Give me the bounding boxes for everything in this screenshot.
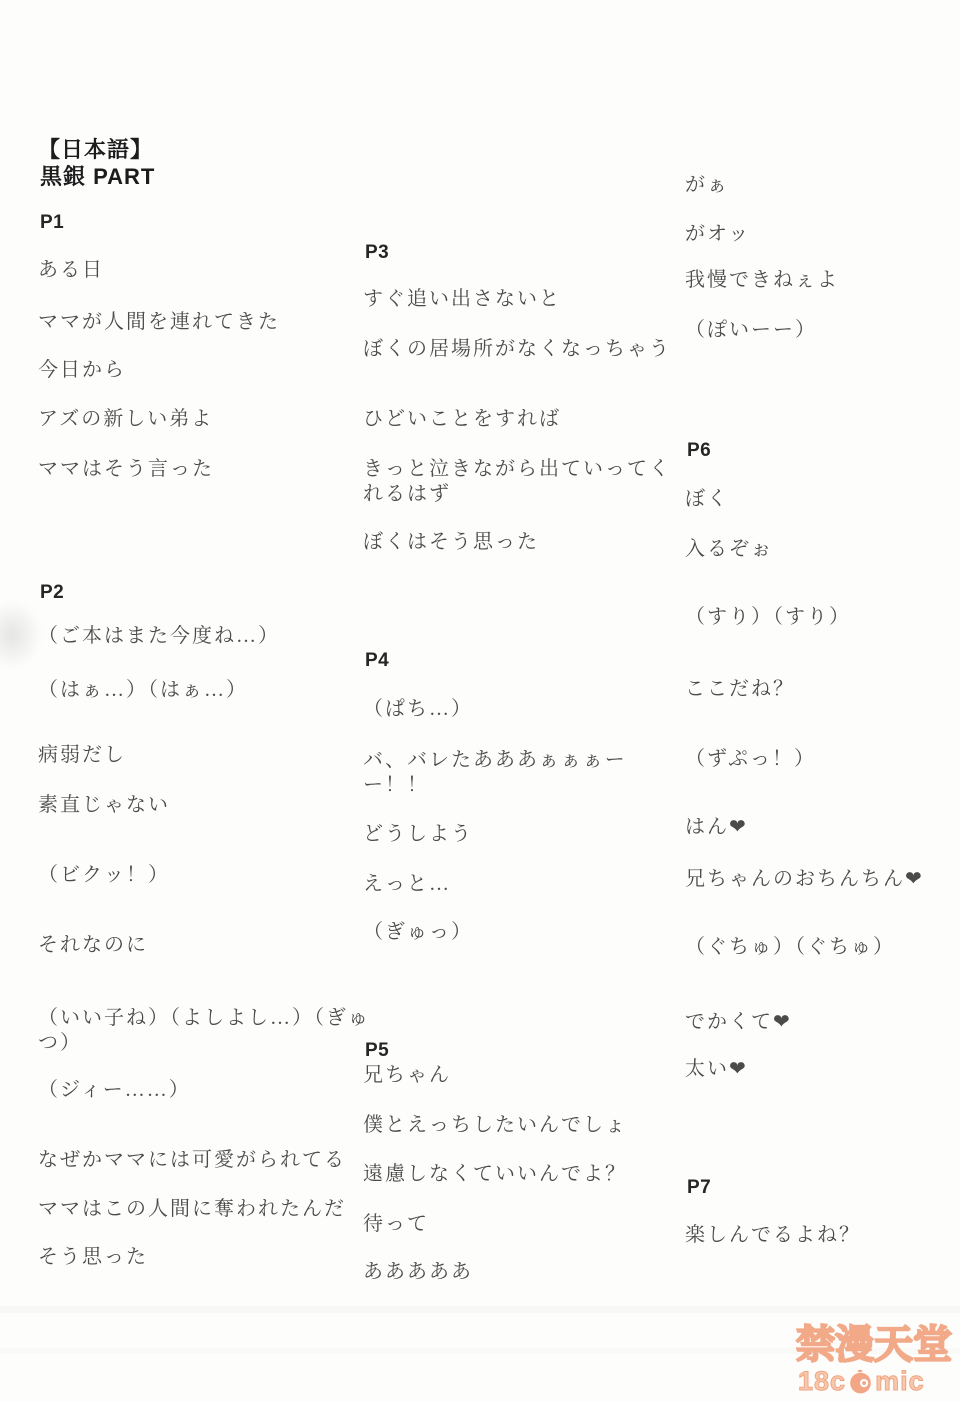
script-line: すぐ追い出さないと: [363, 287, 561, 312]
script-line: ぼく: [685, 487, 729, 512]
page-label-p7: P7: [687, 1175, 711, 1200]
script-line: ママはこの人間に奪われたんだ: [38, 1197, 346, 1222]
sfx-line: （すり）（すり）: [685, 605, 851, 630]
script-line: 太い❤: [685, 1057, 748, 1082]
script-line: どうしよう: [363, 822, 473, 847]
whale-icon: [847, 1368, 874, 1395]
sfx-line: （ご本はまた今度ね…）: [38, 624, 280, 649]
script-line: アズの新しい弟よ: [38, 407, 213, 432]
script-line: ある日: [38, 258, 104, 283]
sfx-line: （ぱち…）: [363, 697, 473, 722]
document-page: 【日本語】 黒銀 PART P1 ある日 ママが人間を連れてきた 今日から アズ…: [0, 0, 960, 1402]
script-line: 素直じゃない: [38, 793, 170, 818]
script-line: 待って: [363, 1212, 429, 1237]
script-line: そう思った: [38, 1245, 148, 1270]
script-line: 今日から: [38, 358, 126, 383]
script-line: なぜかママには可愛がられてる: [38, 1148, 346, 1173]
sfx-line: （ぽいーー）: [685, 318, 817, 343]
script-line: ママはそう言った: [38, 457, 214, 482]
sfx-line: （はぁ…）（はぁ…）: [38, 678, 248, 703]
script-line: きっと泣きながら出ていってくれるはず: [363, 457, 678, 507]
script-line: 入るぞぉ: [685, 537, 773, 562]
watermark-site: 18c mic: [798, 1368, 960, 1395]
page-label-p4: P4: [365, 648, 389, 673]
sfx-line: （ずぷっ！）: [685, 747, 816, 772]
script-line: それなのに: [38, 933, 148, 958]
scan-smudge: [0, 600, 42, 670]
script-line: ここだね？: [685, 677, 795, 702]
script-line: 楽しんでるよね？: [685, 1223, 861, 1248]
watermark-brand: 禁漫天堂: [796, 1326, 960, 1365]
script-line: ママが人間を連れてきた: [38, 310, 280, 335]
script-line: ぼくはそう思った: [363, 530, 539, 555]
sfx-line: （いい子ね）（よしよし…）（ぎゅつ）: [38, 1006, 374, 1056]
script-line: ぼくの居場所がなくなっちゃう: [363, 337, 671, 362]
script-line: 病弱だし: [38, 743, 126, 768]
watermark-site-prefix: 18c: [798, 1368, 846, 1395]
sfx-line: （ビクッ！）: [38, 863, 170, 888]
watermark: 禁漫天堂 18c mic: [796, 1326, 960, 1395]
page-label-p1: P1: [40, 210, 64, 235]
script-line: 兄ちゃん: [363, 1063, 451, 1088]
part-title: 黒銀 PART: [40, 160, 155, 191]
watermark-site-suffix: mic: [875, 1368, 925, 1395]
script-line: バ、バレたあああぁぁぁーー！！: [363, 748, 633, 798]
script-line: がぁ: [685, 173, 729, 198]
script-line: 我慢できねぇよ: [685, 268, 839, 293]
page-label-p5: P5: [365, 1038, 389, 1063]
script-line: がオッ: [685, 222, 750, 247]
script-line: はん❤: [685, 815, 748, 840]
script-line: あああああ: [363, 1260, 473, 1285]
script-line: えっと…: [363, 872, 451, 897]
page-label-p2: P2: [40, 580, 64, 605]
script-line: ひどいことをすれば: [363, 407, 561, 432]
scan-artifact: [0, 1306, 960, 1313]
script-line: 遠慮しなくていいんでよ？: [363, 1162, 627, 1187]
page-label-p3: P3: [365, 240, 389, 265]
sfx-line: （ぐちゅ）（ぐちゅ）: [685, 935, 895, 960]
script-line: 僕とえっちしたいんでしょ: [363, 1113, 627, 1138]
sfx-line: （ぎゅっ）: [363, 920, 473, 945]
script-line: でかくて❤: [685, 1010, 792, 1035]
sfx-line: （ジィー……）: [38, 1078, 191, 1103]
page-label-p6: P6: [687, 438, 711, 463]
script-line: 兄ちゃんのおちんちん❤: [685, 867, 924, 892]
